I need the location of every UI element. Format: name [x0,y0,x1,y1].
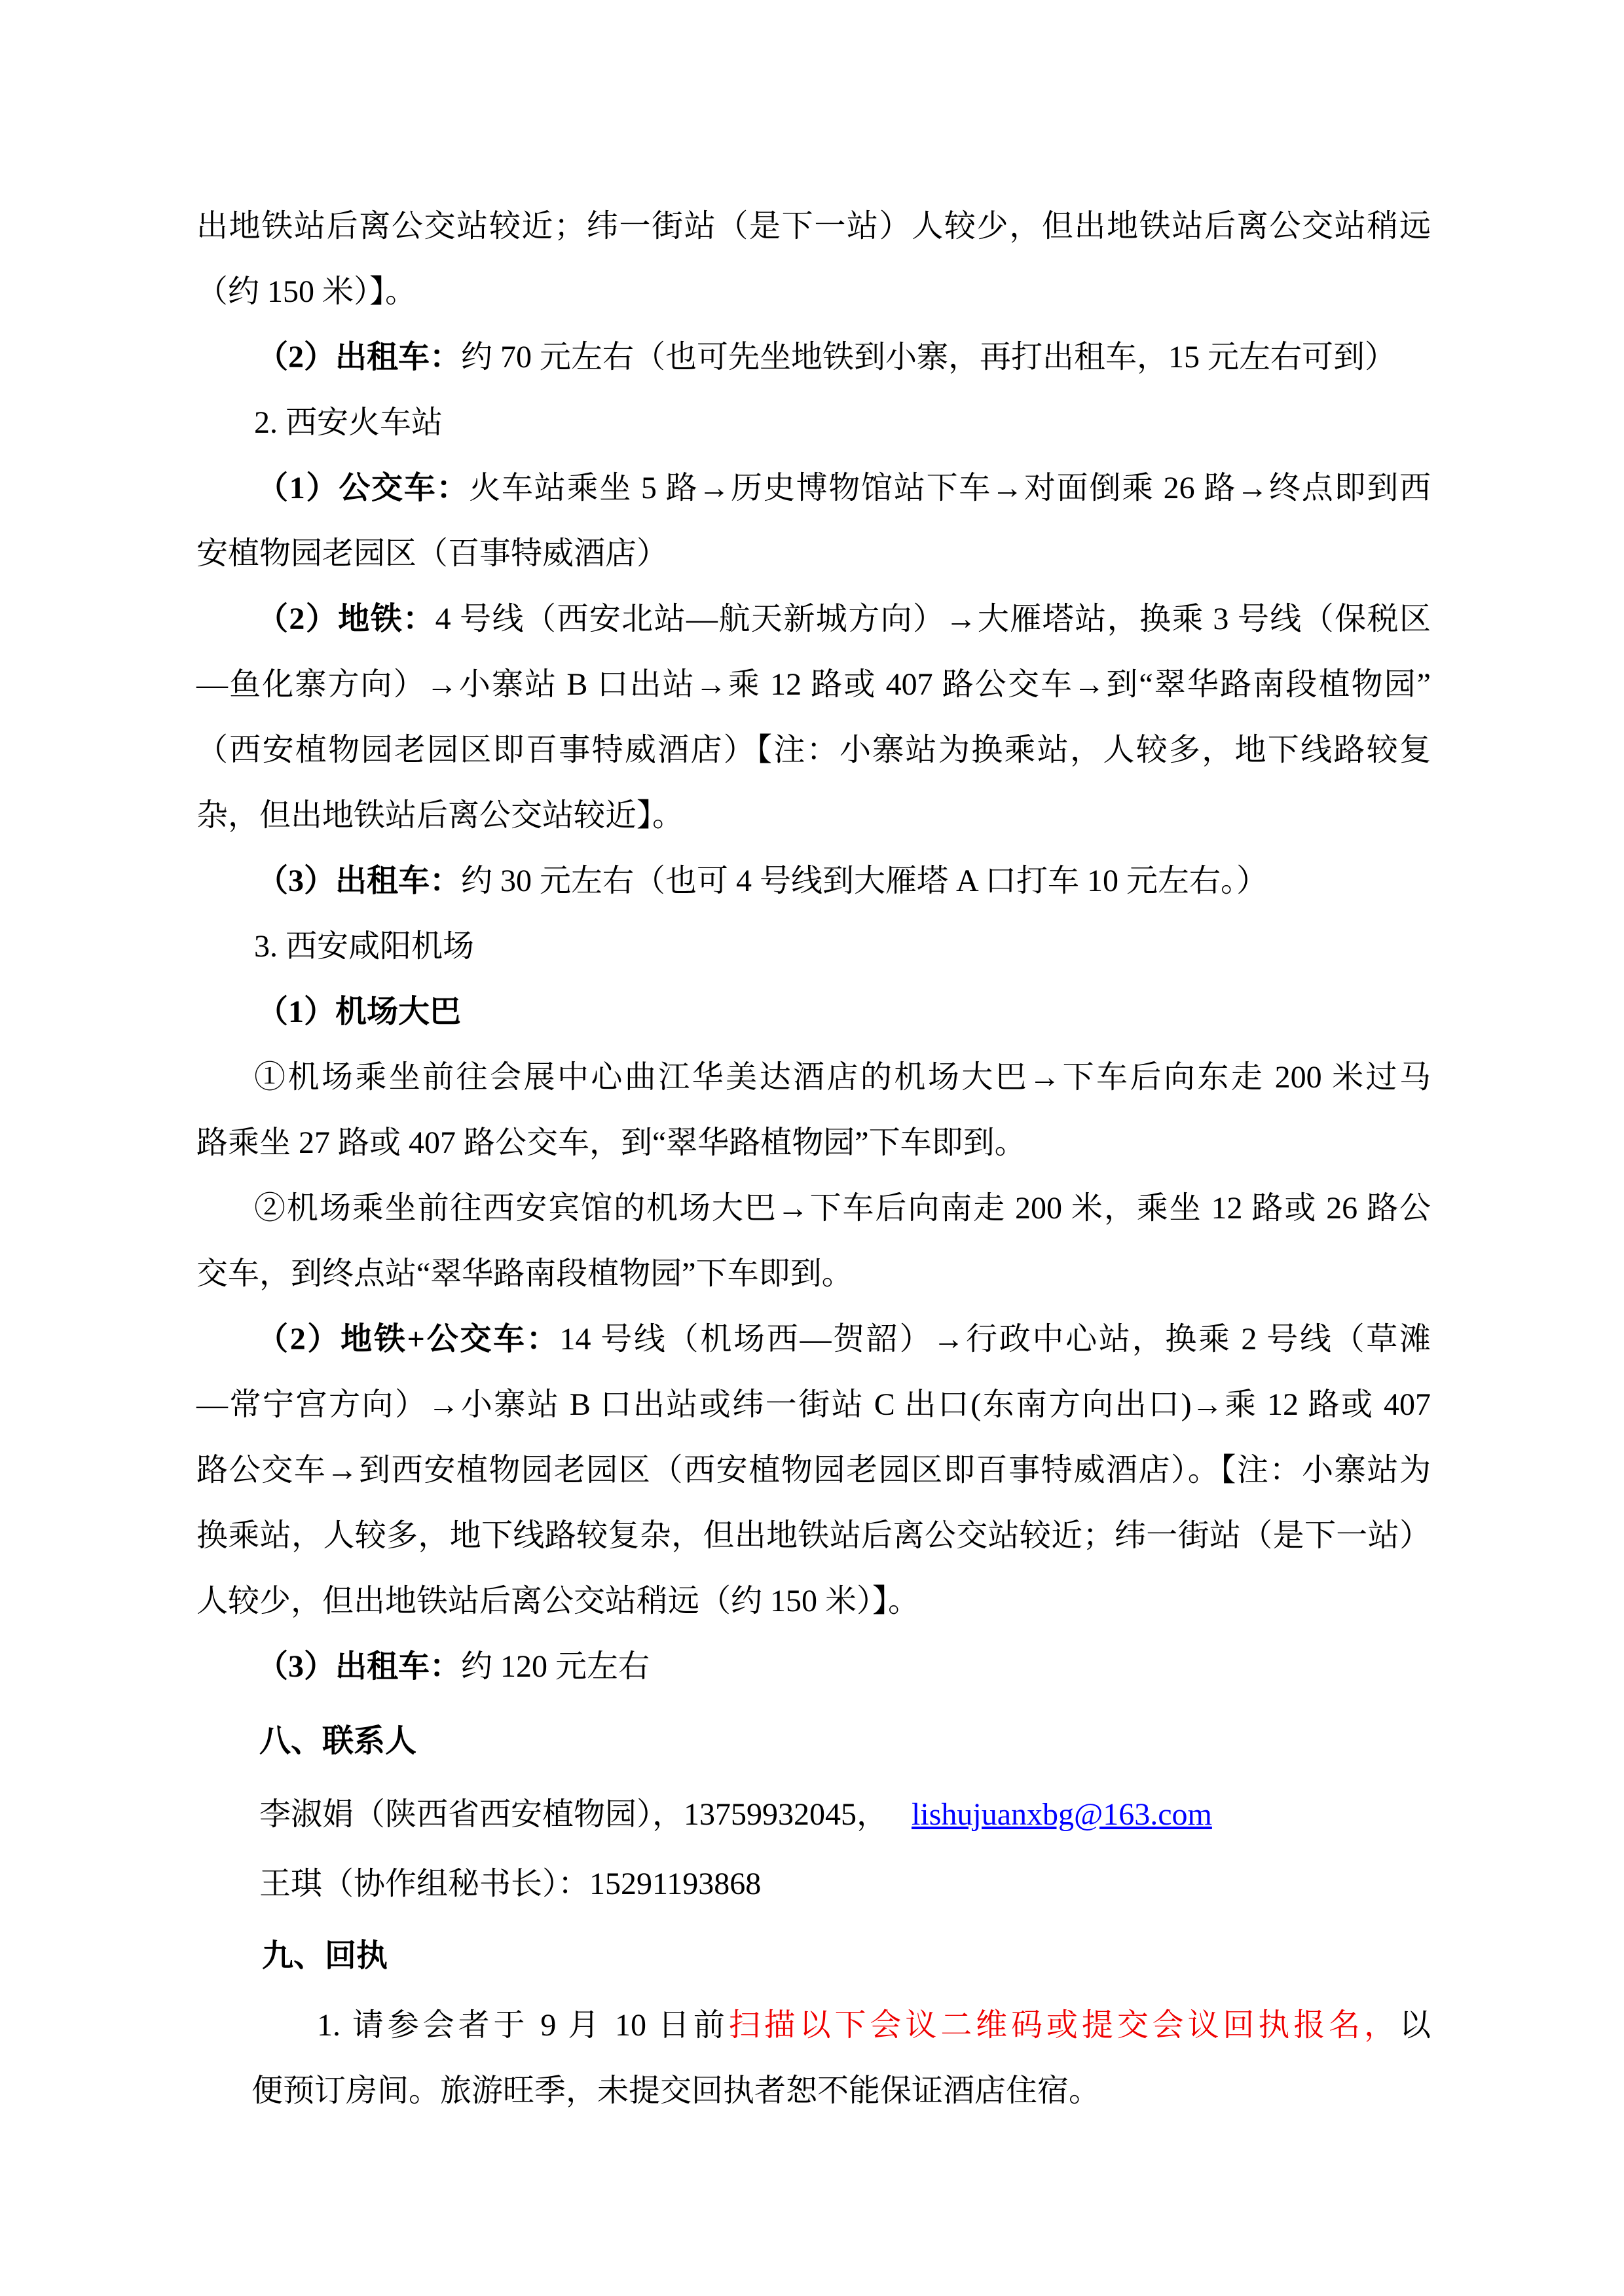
bold-label: （2）出租车： [257,340,461,374]
text-segment: 便预订房间。旅游旺季，未提交回执者恕不能保证酒店住宿。 [251,2073,1100,2108]
text-segment: （约 150 米）】。 [196,274,416,309]
document-page: 出地铁站后离公交站较近；纬一街站（是下一站）人较少，但出地铁站后离公交站稍远（约… [0,0,1624,2296]
bold-label: （1）机场大巴 [257,994,461,1029]
text-segment: 杂，但出地铁站后离公交站较近】。 [196,798,684,833]
text-line: 人较少，但出地铁站后离公交站稍远（约 150 米）】。 [196,1569,1431,1634]
text-line: 路公交车→到西安植物园老园区（西安植物园老园区即百事特威酒店）。【注：小寨站为 [196,1438,1431,1503]
text-line: 1. 请参会者于 9 月 10 日前扫描以下会议二维码或提交会议回执报名，以 [196,1993,1431,2058]
text-line: 李淑娟（陕西省西安植物园），13759932045， lishujuanxbg@… [196,1782,1431,1848]
text-segment: 14 号线（机场西—贺韶）→行政中心站，换乘 2 号线（草滩 [559,1322,1431,1357]
text-line: 杂，但出地铁站后离公交站较近】。 [196,783,1431,848]
text-segment: 2. 西安火车站 [254,405,443,440]
text-line: 2. 西安火车站 [196,390,1431,456]
section-heading: 九、回执 [262,1939,388,1973]
text-line: 出地铁站后离公交站较近；纬一街站（是下一站）人较少，但出地铁站后离公交站稍远 [196,194,1431,259]
highlight-red-text: 扫描以下会议二维码或提交会议回执报名， [729,2008,1399,2043]
text-line: —鱼化寨方向）→小寨站 B 口出站→乘 12 路或 407 路公交车→到“翠华路… [196,652,1431,718]
bold-label: （1）公交车： [257,471,469,505]
text-segment: 约 30 元左右（也可 4 号线到大雁塔 A 口打车 10 元左右。） [461,864,1268,898]
text-line: （3）出租车：约 120 元左右 [196,1634,1431,1700]
text-segment: 约 70 元左右（也可先坐地铁到小寨，再打出租车，15 元左右可到） [461,340,1396,374]
text-line: 交车，到终点站“翠华路南段植物园”下车即到。 [196,1241,1431,1307]
text-line: （约 150 米）】。 [196,259,1431,325]
text-segment: 4 号线（西安北站—航天新城方向）→大雁塔站，换乘 3 号线（保税区 [435,602,1431,636]
text-line: （2）出租车：约 70 元左右（也可先坐地铁到小寨，再打出租车，15 元左右可到… [196,325,1431,390]
bold-label: （2）地铁： [257,602,435,636]
text-line: 换乘站，人较多，地下线路较复杂，但出地铁站后离公交站较近；纬一街站（是下一站） [196,1503,1431,1569]
text-segment: 李淑娟（陕西省西安植物园），13759932045， [259,1797,912,1832]
text-segment: —常宁宫方向）→小寨站 B 口出站或纬一街站 C 出口(东南方向出口)→乘 12… [196,1387,1431,1422]
text-line: ①机场乘坐前往会展中心曲江华美达酒店的机场大巴→下车后向东走 200 米过马 [196,1045,1431,1110]
text-line: 路乘坐 27 路或 407 路公交车，到“翠华路植物园”下车即到。 [196,1110,1431,1176]
text-line: ②机场乘坐前往西安宾馆的机场大巴→下车后向南走 200 米，乘坐 12 路或 2… [196,1176,1431,1241]
section-heading-line: （1）机场大巴 [196,979,1431,1045]
text-segment: 出地铁站后离公交站较近；纬一街站（是下一站）人较少，但出地铁站后离公交站稍远 [196,209,1431,244]
text-segment: 王琪（协作组秘书长）：15291193868 [259,1867,761,1901]
text-line: （3）出租车：约 30 元左右（也可 4 号线到大雁塔 A 口打车 10 元左右… [196,848,1431,914]
text-segment: ①机场乘坐前往会展中心曲江华美达酒店的机场大巴→下车后向东走 200 米过马 [254,1060,1431,1095]
text-segment: 交车，到终点站“翠华路南段植物园”下车即到。 [196,1256,853,1291]
section-heading-line: 九、回执 [196,1923,1431,1989]
text-segment: 路公交车→到西安植物园老园区（西安植物园老园区即百事特威酒店）。【注：小寨站为 [196,1453,1431,1487]
text-segment: —鱼化寨方向）→小寨站 B 口出站→乘 12 路或 407 路公交车→到“翠华路… [196,667,1431,702]
text-line: （西安植物园老园区即百事特威酒店）【注：小寨站为换乘站，人较多，地下线路较复 [196,718,1431,783]
text-line: 王琪（协作组秘书长）：15291193868 [196,1851,1431,1917]
text-line: —常宁宫方向）→小寨站 B 口出站或纬一街站 C 出口(东南方向出口)→乘 12… [196,1372,1431,1438]
document-body: 出地铁站后离公交站较近；纬一街站（是下一站）人较少，但出地铁站后离公交站稍远（约… [196,194,1431,2124]
bold-label: （3）出租车： [257,864,461,898]
text-segment: 火车站乘坐 5 路→历史博物馆站下车→对面倒乘 26 路→终点即到西 [469,471,1431,505]
text-line: （1）公交车：火车站乘坐 5 路→历史博物馆站下车→对面倒乘 26 路→终点即到… [196,456,1431,521]
text-segment: 以 [1399,2008,1431,2043]
text-segment: 路乘坐 27 路或 407 路公交车，到“翠华路植物园”下车即到。 [196,1125,1026,1160]
text-segment: 1. 请参会者于 9 月 10 日前 [317,2008,729,2043]
text-segment: 安植物园老园区（百事特威酒店） [196,536,668,571]
text-segment: 3. 西安咸阳机场 [254,929,474,964]
bold-label: （3）出租车： [257,1649,461,1684]
section-heading-line: 八、联系人 [196,1709,1431,1774]
section-heading: 八、联系人 [259,1724,416,1758]
email-link[interactable]: lishujuanxbg@163.com [912,1797,1212,1832]
text-line: （2）地铁+公交车：14 号线（机场西—贺韶）→行政中心站，换乘 2 号线（草滩 [196,1307,1431,1372]
text-segment: ②机场乘坐前往西安宾馆的机场大巴→下车后向南走 200 米，乘坐 12 路或 2… [254,1191,1431,1226]
bold-label: （2）地铁+公交车： [257,1322,559,1357]
text-segment: （西安植物园老园区即百事特威酒店）【注：小寨站为换乘站，人较多，地下线路较复 [196,733,1431,767]
text-segment: 换乘站，人较多，地下线路较复杂，但出地铁站后离公交站较近；纬一街站（是下一站） [196,1518,1431,1553]
text-line: 安植物园老园区（百事特威酒店） [196,521,1431,587]
text-line: 便预订房间。旅游旺季，未提交回执者恕不能保证酒店住宿。 [196,2058,1431,2124]
text-line: 3. 西安咸阳机场 [196,914,1431,979]
text-segment: 约 120 元左右 [461,1649,650,1684]
text-line: （2）地铁：4 号线（西安北站—航天新城方向）→大雁塔站，换乘 3 号线（保税区 [196,587,1431,652]
text-segment: 人较少，但出地铁站后离公交站稍远（约 150 米）】。 [196,1584,919,1618]
